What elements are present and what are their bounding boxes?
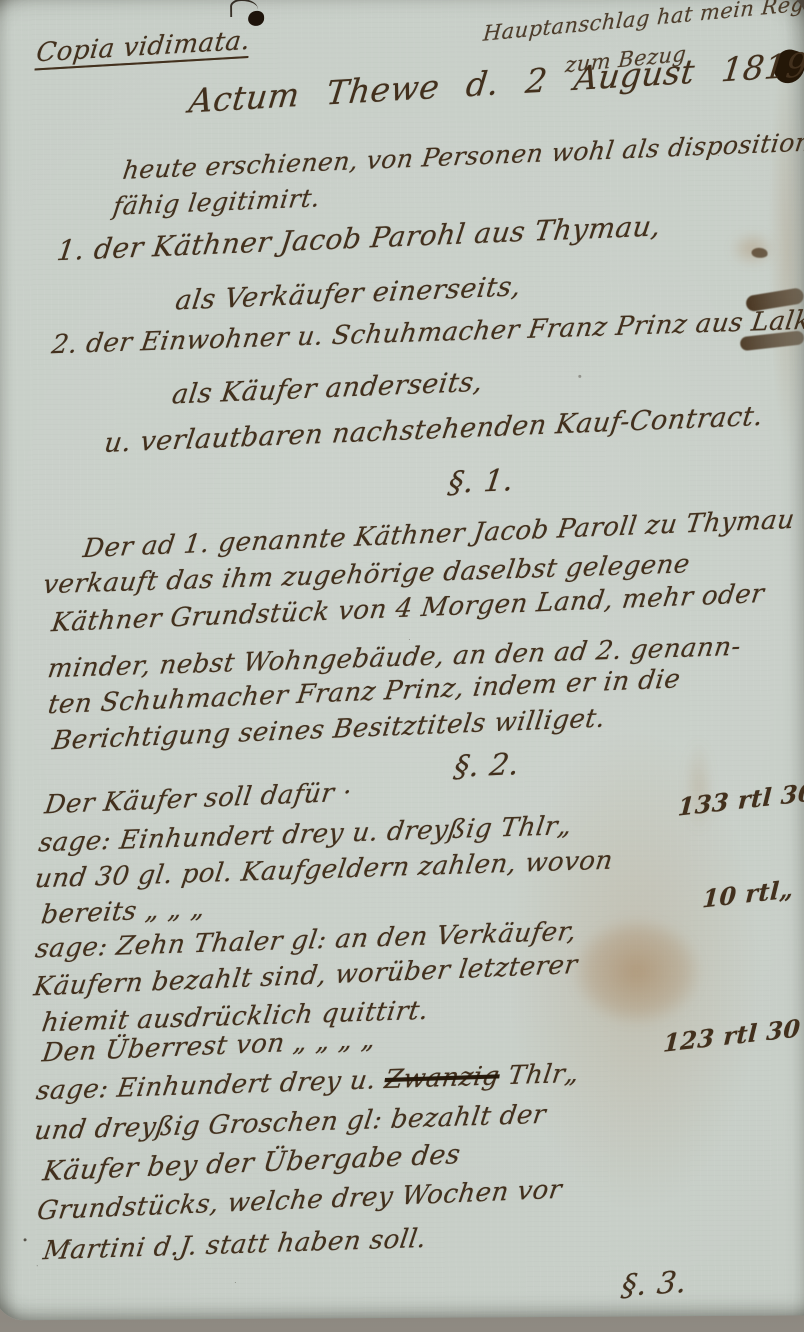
- paper-stain-streak: [680, 726, 717, 846]
- section-1-mark: §. 1.: [446, 463, 516, 501]
- intro-line: fähig legitimirt.: [111, 183, 322, 221]
- intro-line: heute erschienen, von Personen wohl als …: [121, 127, 804, 185]
- section-2-line: und dreyßig Groschen gl: bezahlt der: [33, 1100, 549, 1147]
- corrected-line-pre: sage: Einhundert drey u.: [34, 1065, 387, 1106]
- section-2-mark: §. 2.: [452, 747, 522, 785]
- struck-word: Zwanzig: [383, 1061, 502, 1095]
- party-line-seller-role: als Verkäufer einerseits,: [174, 271, 523, 316]
- section-2-line: Der Käufer soll dafür ·: [43, 778, 354, 821]
- section-2-line: Martini d.J. statt haben soll.: [41, 1224, 428, 1267]
- corner-note: Copia vidimata.: [35, 26, 252, 69]
- document-heading: Actum Thewe d. 2 August 1819.: [187, 44, 804, 120]
- section-2-line-corrected: sage: Einhundert drey u. Zwanzig Thlr„: [34, 1059, 581, 1107]
- party-line-buyer-role: als Käufer anderseits,: [170, 367, 485, 411]
- corrected-line-post: Thlr„: [497, 1059, 581, 1092]
- section-3-mark: §. 3.: [620, 1265, 689, 1304]
- paper-speckles: [24, 1238, 27, 1241]
- archival-annotation-line-1: Hauptanschlag hat mein Regal: [482, 0, 804, 46]
- ink-smudge-icon: [752, 248, 768, 258]
- ink-blot-icon: [248, 11, 264, 26]
- contract-declaration-line: u. verlautbaren nachstehenden Kauf-Contr…: [102, 401, 765, 459]
- section-2-line: bereits „ „ „: [39, 893, 207, 930]
- document-page: Copia vidimata. Hauptanschlag hat mein R…: [0, 0, 804, 1321]
- party-line-buyer: 2. der Einwohner u. Schuhmacher Franz Pr…: [50, 303, 804, 360]
- scanned-document-photo: { "colors": { "paper": "#c7cec7", "ink":…: [0, 0, 804, 1332]
- margin-amount-paid: 10 rtl„: [702, 874, 795, 914]
- section-2-line: Käufer bey der Übergabe des: [41, 1139, 463, 1187]
